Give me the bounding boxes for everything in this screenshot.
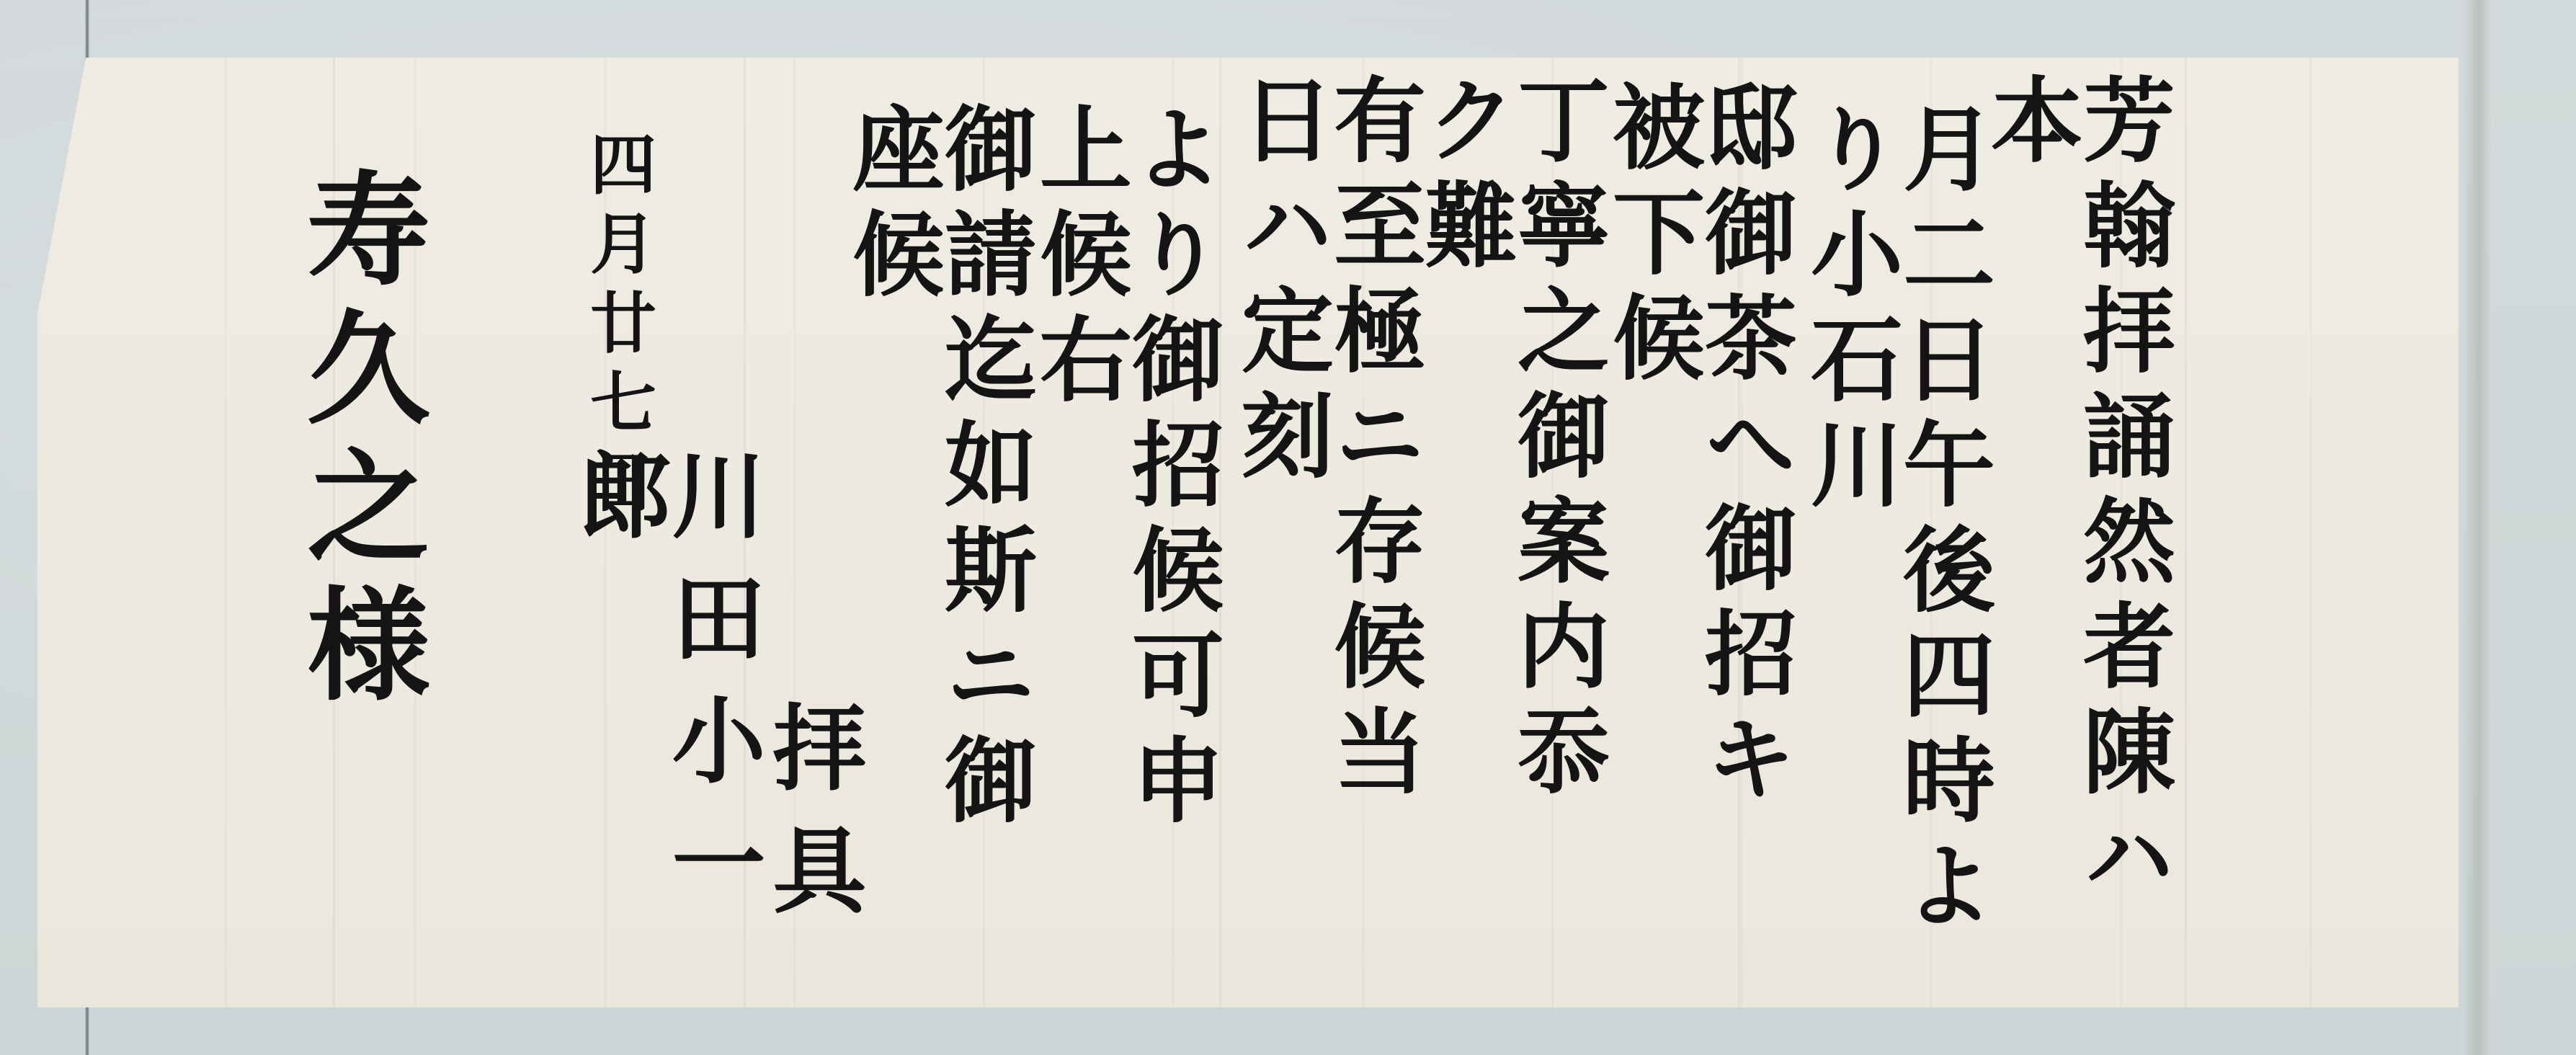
letter-column-2: 月二日午後四時より小石川 <box>1803 101 1987 951</box>
letter-column-3: 邸御茶へ御招キ被下候 <box>1605 79 1789 915</box>
letter-column-1: 芳翰拝誦然者陳ハ本 <box>1983 72 2167 937</box>
letter-paper: 芳翰拝誦然者陳ハ本 月二日午後四時より小石川 邸御茶へ御招キ被下候 丁寧之御案内… <box>37 58 2459 1007</box>
sender-signature: 川田小一郎 <box>571 447 758 1007</box>
letter-column-4: 丁寧之御案内忝ク難 <box>1417 72 1602 908</box>
letter-column-5: 有至極ニ存候当日ハ定刻 <box>1234 72 1418 908</box>
frame-edge-right <box>2464 0 2493 1055</box>
addressee: 寿久之様 <box>297 166 419 719</box>
letter-column-7: 御請迄如斯ニ御座候 <box>844 101 1029 879</box>
closing-phrase: 拝具 <box>765 699 859 944</box>
letter-column-6: より御招候可申上候右 <box>1032 101 1216 894</box>
paper-fold <box>2185 58 2187 1007</box>
